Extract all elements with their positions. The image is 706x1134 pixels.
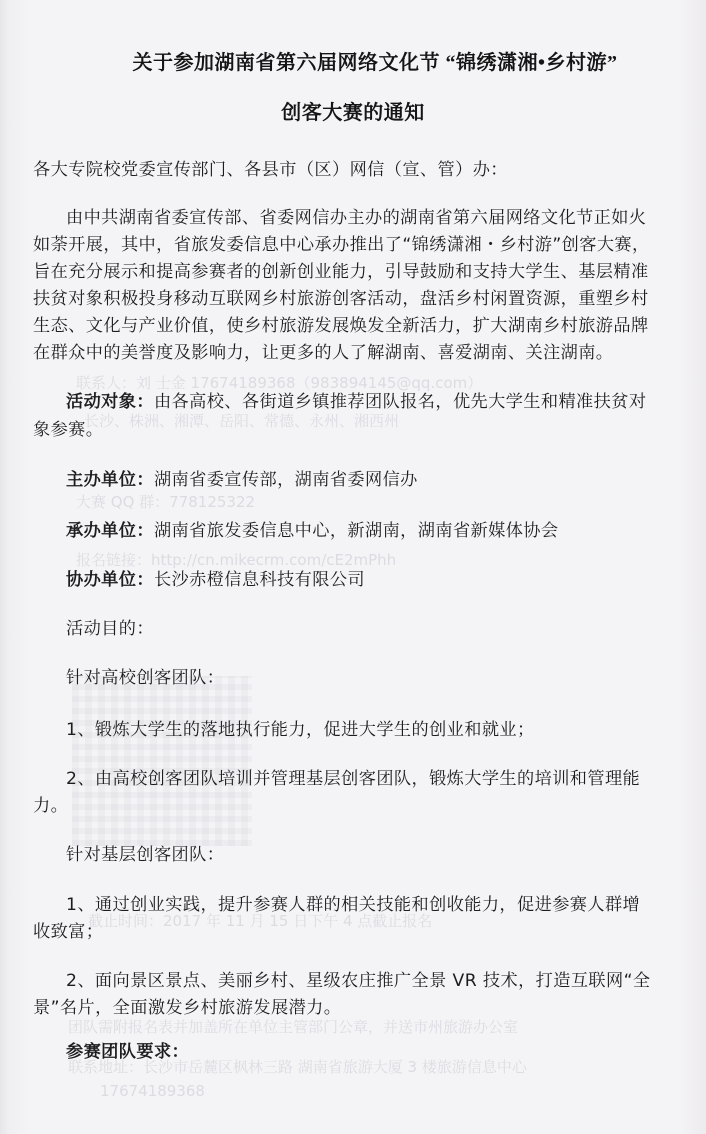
bleed-through-text: 报名链接：http://cn.mikecrm.com/cE2mPhh: [76, 549, 396, 570]
document-title-line-1: 关于参加湖南省第六届网络文化节 “锦绣潇湘•乡村游”: [22, 46, 706, 75]
participants-line-1: 活动对象：由各高校、各街道乡镇推荐团队报名，优先大学生和精准扶贫对: [66, 390, 646, 415]
intro-line: 在群众中的美誉度及影响力，让更多的人了解湖南、喜爱湖南、关注湖南。: [33, 341, 613, 366]
university-item-1: 1、锻炼大学生的落地执行能力，促进大学生的创业和就业；: [66, 718, 535, 743]
participants-text: 由各高校、各街道乡镇推荐团队报名，优先大学生和精准扶贫对: [154, 392, 646, 412]
scanned-page: 联系人：刘 士金 17674189368（983894145@qq.com） 长…: [0, 0, 706, 1134]
purpose-heading: 活动目的：: [66, 617, 154, 642]
grassroots-teams-heading: 针对基层创客团队：: [66, 843, 224, 868]
university-item-2-line-1: 2、由高校创客团队培训并管理基层创客团队，锻炼大学生的培训和管理能: [66, 767, 640, 792]
intro-line: 生态、文化与产业价值，使乡村旅游发展焕发全新活力，扩大湖南乡村旅游品牌: [33, 314, 649, 339]
intro-line: 旨在充分展示和提高参赛者的创新创业能力，引导鼓励和支持大学生、基层精准: [33, 260, 649, 285]
host-value: 湖南省委宣传部，湖南省委网信办: [154, 470, 418, 490]
participants-line-2: 象参赛。: [33, 418, 103, 443]
bleed-through-text: 大赛 QQ 群：778125322: [76, 491, 255, 512]
host-label: 主办单位：: [66, 470, 154, 490]
document-title-line-2: 创客大赛的通知: [0, 96, 706, 125]
grassroots-item-2-line-2: 景”名片，全面激发乡村旅游发展潜力。: [33, 996, 341, 1021]
team-requirements-heading: 参赛团队要求：: [66, 1040, 189, 1065]
salutation: 各大专院校党委宣传部门、各县市（区）网信（宣、管）办：: [33, 158, 508, 183]
undertaking-label: 承办单位：: [66, 521, 154, 541]
undertaking-value: 湖南省旅发委信息中心，新湖南，湖南省新媒体协会: [154, 521, 559, 541]
grassroots-item-1-line-1: 1、通过创业实践，提升参赛人群的相关技能和创收能力，促进参赛人群增: [66, 893, 640, 918]
university-item-2-line-2: 力。: [33, 794, 68, 819]
intro-line: 由中共湖南省委宣传部、省委网信办主办的湖南省第六届网络文化节正如火: [66, 206, 646, 231]
intro-line: 如荼开展，其中，省旅发委信息中心承办推出了“锦绣潇湘・乡村游”创客大赛，: [33, 233, 650, 258]
bleed-through-qr-code: [72, 676, 252, 846]
participants-label: 活动对象：: [66, 392, 154, 412]
co-organizer-label: 协办单位：: [66, 570, 154, 590]
university-teams-heading: 针对高校创客团队：: [66, 666, 224, 691]
co-organizer: 协办单位：长沙赤橙信息科技有限公司: [66, 568, 365, 593]
intro-line: 扶贫对象积极投身移动互联网乡村旅游创客活动，盘活乡村闲置资源，重塑乡村: [33, 287, 649, 312]
grassroots-item-1-line-2: 收致富；: [33, 920, 103, 945]
host-organizer: 主办单位：湖南省委宣传部，湖南省委网信办: [66, 468, 418, 493]
undertaking-organizer: 承办单位：湖南省旅发委信息中心，新湖南，湖南省新媒体协会: [66, 519, 558, 544]
bleed-through-text: 17674189368: [100, 1082, 205, 1100]
co-organizer-value: 长沙赤橙信息科技有限公司: [154, 570, 365, 590]
grassroots-item-2-line-1: 2、面向景区景点、美丽乡村、星级农庄推广全景 VR 技术，打造互联网“全: [66, 969, 651, 994]
